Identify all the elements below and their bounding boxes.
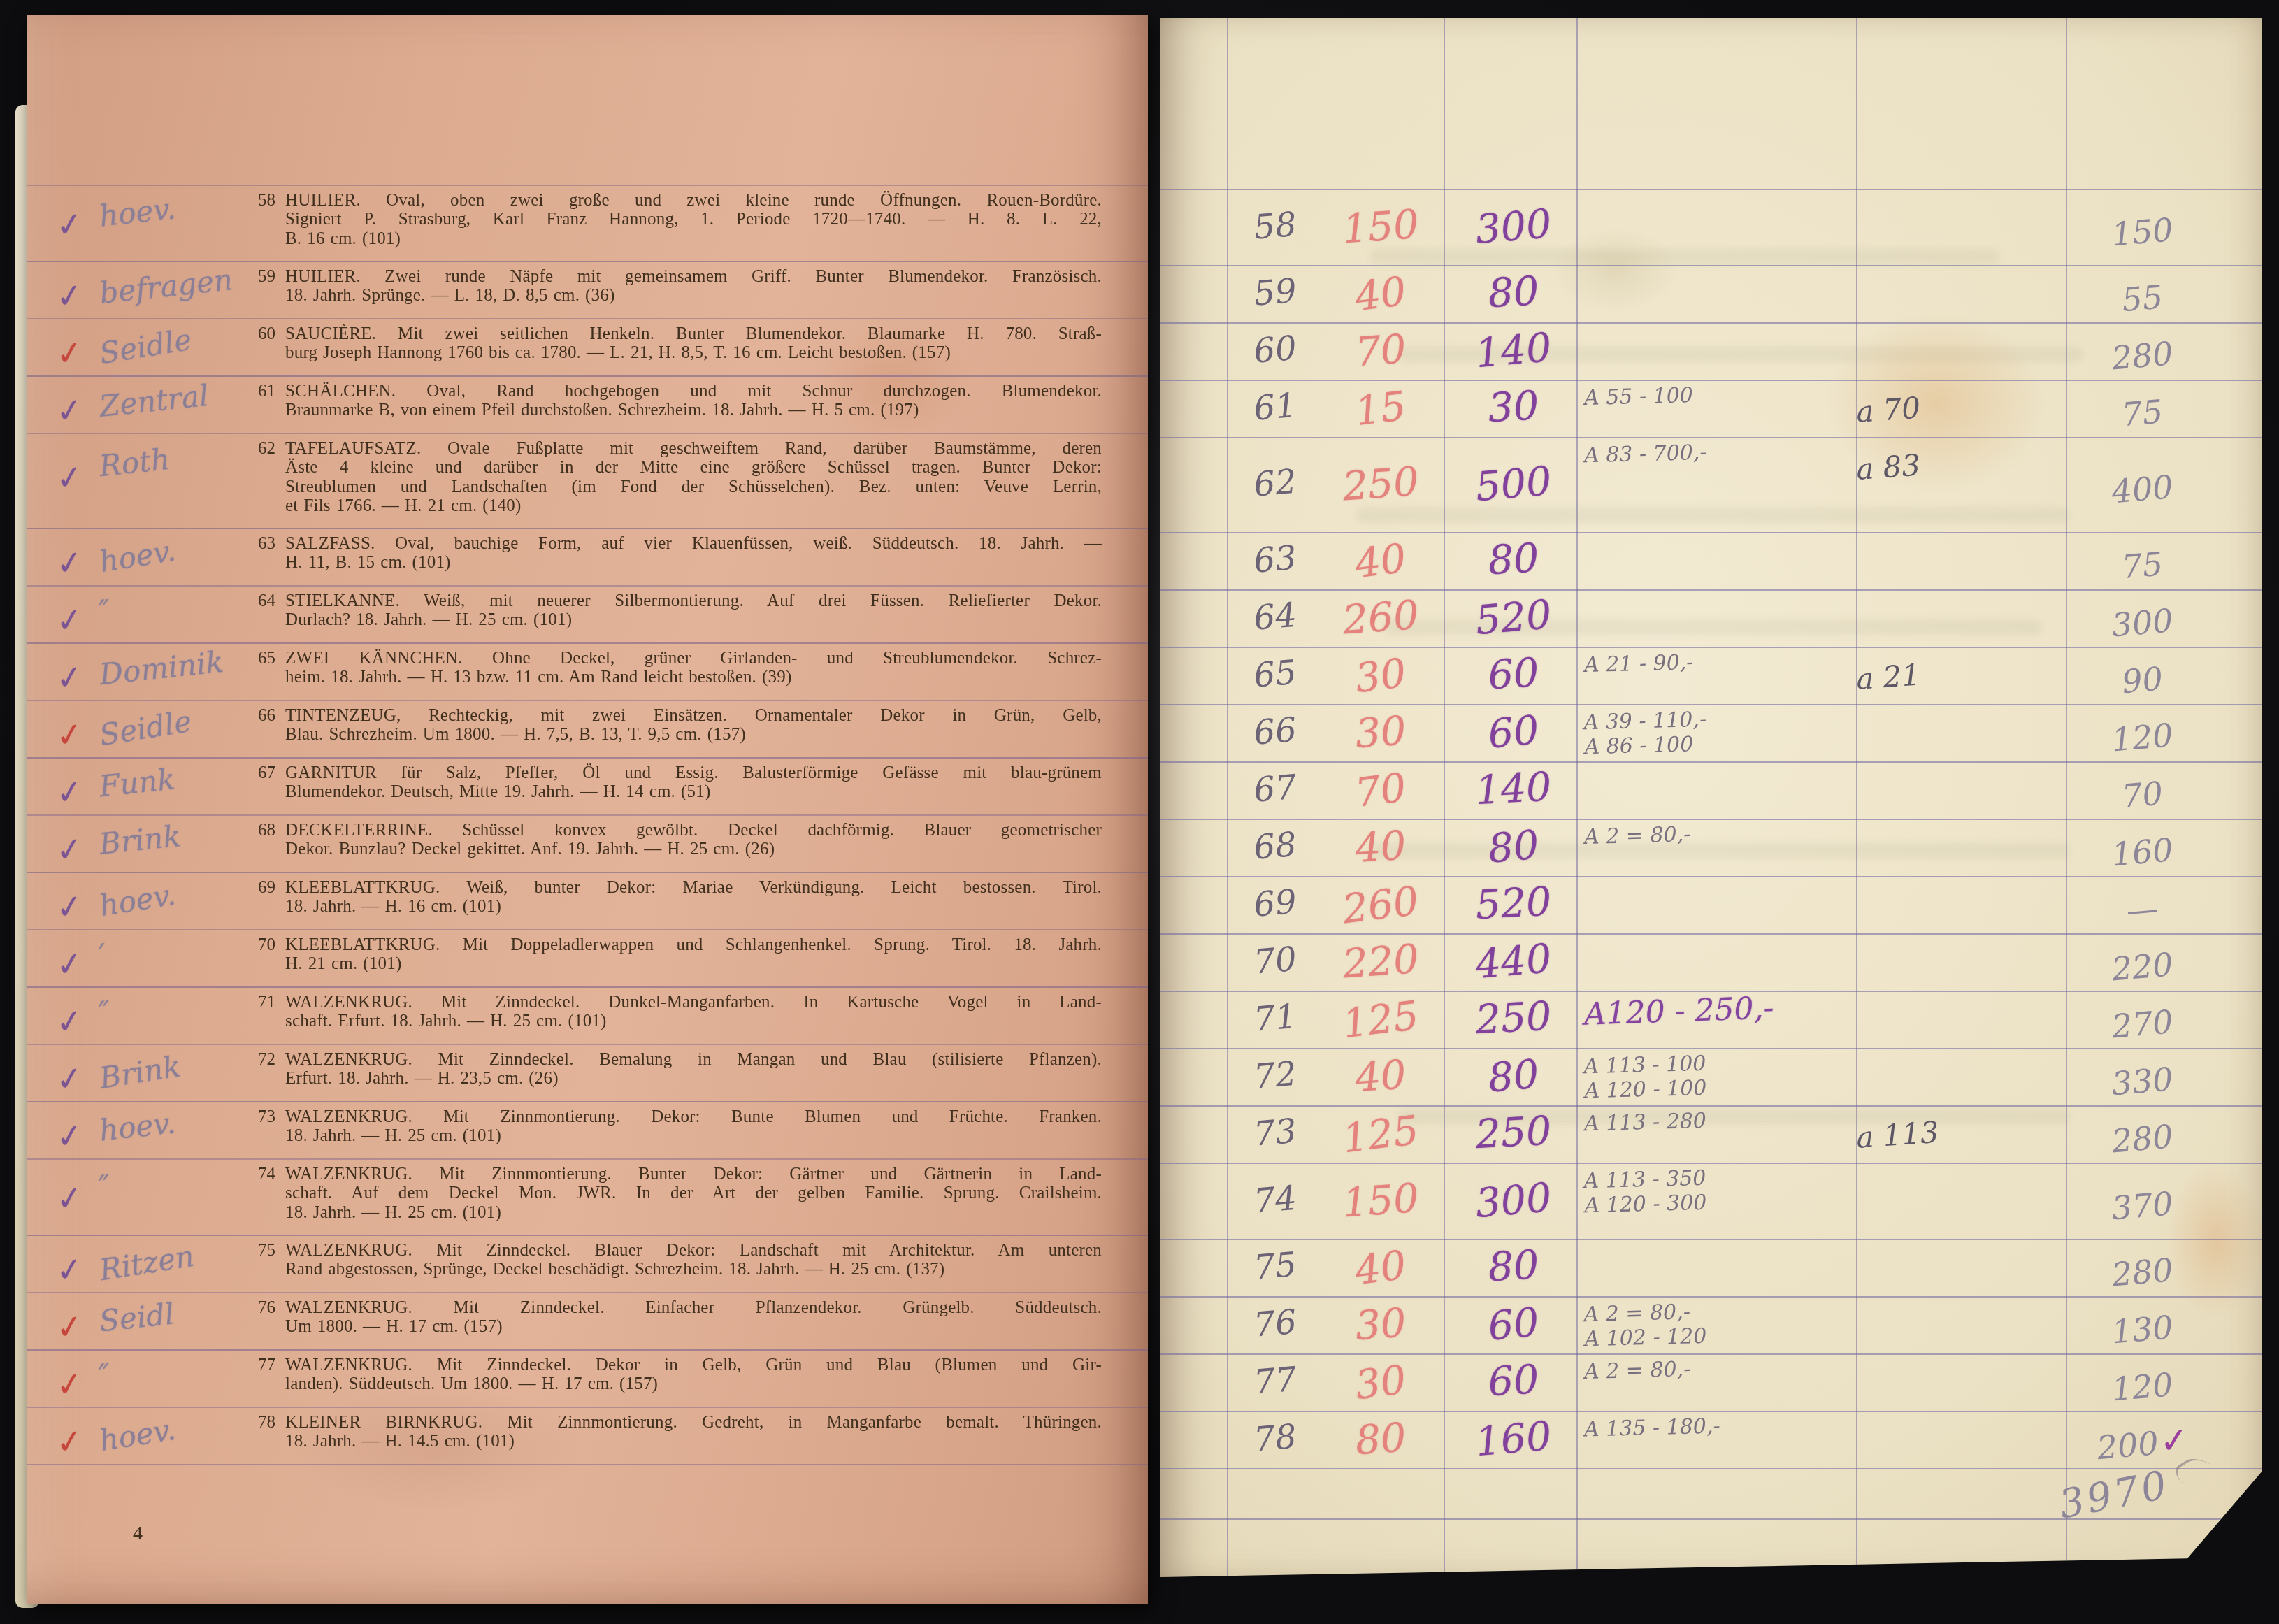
lot-description: TAFELAUFSATZ. Ovale Fußplatte mit geschw… xyxy=(275,434,1148,528)
doubled-price: 60 xyxy=(1447,1296,1579,1353)
lot-number: 76 xyxy=(236,1293,275,1349)
margin-zone: ✓ Dominik xyxy=(27,644,236,700)
ledger-row: 60 70 140 280 xyxy=(1160,322,2262,380)
catalog-entry: ✓ ″ 77 WALZENKRUG. Mit Zinndeckel. Dekor… xyxy=(27,1349,1148,1407)
a-number-note: a 21 xyxy=(1855,654,1976,696)
margin-annotation: hoev. xyxy=(97,533,178,579)
lot-number: 63 xyxy=(236,529,275,585)
hammer-price: 150 xyxy=(1322,200,1439,254)
hammer-price: 220 xyxy=(1322,935,1439,989)
catalog-entry: ✓ hoev. 73 WALZENKRUG. Mit Zinnmontierun… xyxy=(27,1101,1148,1158)
a-number-note: a 70 xyxy=(1855,387,1976,429)
doubled-price: 300 xyxy=(1447,198,1579,255)
margin-zone: ✓ Funk xyxy=(27,759,236,814)
ledger-lot-number: 61 xyxy=(1228,384,1323,431)
lot-description: HUILIER. Oval, oben zwei große und zwei … xyxy=(275,186,1148,261)
lot-description: WALZENKRUG. Mit Zinndeckel. Dunkel-Manga… xyxy=(275,988,1148,1044)
lot-description: DECKELTERRINE. Schüssel konvex gewölbt. … xyxy=(275,816,1148,872)
catalog-entry: ✓ befragen 59 HUILIER. Zwei runde Näpfe … xyxy=(27,261,1148,318)
lot-number: 70 xyxy=(236,930,275,986)
catalog-entry-list: ✓ hoev. 58 HUILIER. Oval, oben zwei groß… xyxy=(27,185,1148,1464)
lot-description: TINTENZEUG, Rechteckig, mit zwei Einsätz… xyxy=(275,701,1148,757)
lot-description: SALZFASS. Oval, bauchige Form, auf vier … xyxy=(275,529,1148,585)
margin-zone: ✓ hoev. xyxy=(27,1408,236,1464)
catalog-entry: ✓ Brink 72 WALZENKRUG. Mit Zinndeckel. B… xyxy=(27,1044,1148,1101)
catalog-entry: ✓ Seidle 66 TINTENZEUG, Rechteckig, mit … xyxy=(27,700,1148,757)
check-icon: ✓ xyxy=(53,1363,85,1404)
estimate-annotation: A 113 - 280 xyxy=(1584,1109,1707,1137)
estimate-annotation: A 135 - 180,- xyxy=(1584,1414,1720,1442)
page-number: 4 xyxy=(133,1523,143,1545)
final-price-cell: 270 xyxy=(2073,997,2213,1049)
final-price: 280 xyxy=(2110,1117,2174,1160)
catalog-entry: ✓ ″ 74 WALZENKRUG. Mit Zinnmontierung. B… xyxy=(27,1158,1148,1235)
ledger-row: 71 125 250 A120 - 250,- 270 xyxy=(1160,991,2262,1048)
catalog-entry: ✓ hoev. 69 KLEEBLATTKRUG. Weiß, bunter D… xyxy=(27,872,1148,929)
margin-annotation: Funk xyxy=(98,761,177,803)
margin-zone: ✓ hoev. xyxy=(27,186,236,261)
margin-annotation: Dominik xyxy=(98,644,225,691)
estimate-annotation: A 39 - 110,-A 86 - 100 xyxy=(1583,707,1707,760)
lot-number: 66 xyxy=(236,701,275,757)
lot-number: 75 xyxy=(236,1236,275,1292)
lot-description: WALZENKRUG. Mit Zinnmontierung. Dekor: B… xyxy=(275,1102,1148,1158)
doubled-price: 80 xyxy=(1448,266,1579,319)
ledger-lot-number: 75 xyxy=(1228,1243,1323,1290)
margin-zone: ✓ ″ xyxy=(27,1160,236,1235)
ledger-empty-row: 3970 xyxy=(1160,1468,2262,1518)
ledger-row: 75 40 80 280 xyxy=(1160,1239,2262,1296)
final-price-cell: 280 xyxy=(2073,1245,2213,1298)
estimate-annotation: A 2 = 80,-A 102 - 120 xyxy=(1583,1300,1707,1352)
lot-description: WALZENKRUG. Mit Zinndeckel. Einfacher Pf… xyxy=(275,1293,1148,1349)
catalog-page: ✓ hoev. 58 HUILIER. Oval, oben zwei groß… xyxy=(27,15,1148,1604)
hammer-price: 40 xyxy=(1321,531,1441,591)
ledger-row: 72 40 80 A 113 - 100A 120 - 100 330 xyxy=(1160,1048,2262,1105)
ledger-lot-number: 63 xyxy=(1228,536,1323,583)
catalog-entries: ✓ hoev. 58 HUILIER. Oval, oben zwei groß… xyxy=(27,185,1148,1465)
catalog-entry: ✓ hoev. 78 KLEINER BIRNKRUG. Mit Zinnmon… xyxy=(27,1407,1148,1464)
a-number-note xyxy=(1856,826,1975,834)
estimate-annotation: A 55 - 100 xyxy=(1584,383,1694,410)
margin-annotation: Zentral xyxy=(98,378,210,424)
a-number-note xyxy=(1856,539,1975,547)
lot-description: SAUCIÈRE. Mit zwei seitlichen Henkeln. B… xyxy=(275,319,1148,375)
hammer-price: 40 xyxy=(1321,264,1441,324)
estimate-annotation: A 113 - 350A 120 - 300 xyxy=(1583,1166,1707,1219)
ledger-lot-number: 66 xyxy=(1228,708,1323,755)
ledger-row: 63 40 80 75 xyxy=(1160,532,2262,589)
doubled-price: 60 xyxy=(1448,1355,1579,1408)
a-number-note xyxy=(1856,596,1975,605)
a-number-note: a 83 xyxy=(1855,444,1976,487)
final-price: 150 xyxy=(2110,210,2174,252)
doubled-price: 60 xyxy=(1447,704,1579,761)
lot-description: KLEINER BIRNKRUG. Mit Zinnmontierung. Ge… xyxy=(275,1408,1148,1464)
catalog-entry: ✓ ″ 64 STIELKANNE. Weiß, mit neuerer Sil… xyxy=(27,585,1148,642)
final-price: 160 xyxy=(2110,831,2174,873)
final-price-cell: 120 xyxy=(2073,1360,2213,1412)
doubled-price: 30 xyxy=(1448,381,1579,434)
estimate-annotation: A120 - 250,- xyxy=(1583,996,1774,1026)
lot-description: WALZENKRUG. Mit Zinndeckel. Dekor in Gel… xyxy=(275,1351,1148,1407)
margin-annotation: hoev. xyxy=(98,191,178,233)
hammer-price: 40 xyxy=(1322,820,1439,874)
catalog-entry: ✓ Seidl 76 WALZENKRUG. Mit Zinndeckel. E… xyxy=(27,1292,1148,1349)
check-icon: ✓ xyxy=(53,828,85,870)
check-icon: ✓ xyxy=(53,886,85,927)
check-icon: ✓ xyxy=(53,275,85,316)
catalog-entry: ✓ Roth 62 TAFELAUFSATZ. Ovale Fußplatte … xyxy=(27,433,1148,528)
ledger-lot-number: 78 xyxy=(1228,1415,1323,1462)
lot-number: 65 xyxy=(236,644,275,700)
ledger-lot-number: 70 xyxy=(1228,937,1323,984)
a-number-note xyxy=(1856,768,1975,777)
ledger-row: 73 125 250 A 113 - 280 a 113 280 xyxy=(1160,1105,2262,1163)
doubled-price: 80 xyxy=(1447,1048,1579,1105)
lot-description: KLEEBLATTKRUG. Mit Doppeladlerwappen und… xyxy=(275,930,1148,986)
check-icon: ✓ xyxy=(53,1249,85,1290)
a-number-note xyxy=(1856,196,1975,204)
doubled-price: 440 xyxy=(1447,933,1579,991)
ledger-row: 68 40 80 A 2 = 80,- 160 xyxy=(1160,819,2262,876)
lot-description: ZWEI KÄNNCHEN. Ohne Deckel, grüner Girla… xyxy=(275,644,1148,700)
final-price: 270 xyxy=(2110,1003,2174,1045)
rule-line xyxy=(27,1464,1148,1465)
estimate-annotation: A 21 - 90,- xyxy=(1584,650,1694,677)
lot-number: 69 xyxy=(236,873,275,929)
a-number-note xyxy=(1856,1055,1975,1063)
lot-number: 74 xyxy=(236,1160,275,1235)
ledger-row: 62 250 500 A 83 - 700,- a 83 400 xyxy=(1160,437,2262,532)
ledger-lot-number: 62 xyxy=(1228,460,1323,507)
margin-annotation: ″ xyxy=(97,1357,112,1392)
final-price-cell: 90 xyxy=(2073,653,2213,705)
ledger-page: 58 150 300 150 59 40 80 55 60 70 140 280… xyxy=(1160,18,2262,1577)
final-price-cell: 55 xyxy=(2073,271,2213,324)
margin-zone: ✓ befragen xyxy=(27,262,236,318)
margin-annotation: hoev. xyxy=(97,877,178,923)
ledger-lot-number: 72 xyxy=(1228,1052,1323,1099)
a-number-note xyxy=(1856,1246,1975,1254)
margin-zone: ✓ ″ xyxy=(27,587,236,642)
final-price: — xyxy=(2125,889,2160,930)
a-number-note xyxy=(1856,1303,1975,1312)
lot-number: 64 xyxy=(236,587,275,642)
a-number-note: a 113 xyxy=(1855,1112,1976,1155)
margin-annotation: befragen xyxy=(98,262,234,310)
catalog-entry: ✓ Ritzen 75 WALZENKRUG. Mit Zinndeckel. … xyxy=(27,1235,1148,1292)
ledger-lot-number: 58 xyxy=(1228,202,1323,249)
ledger-lot-number: 68 xyxy=(1228,823,1323,870)
check-icon: ✓ xyxy=(53,457,85,498)
catalog-entry: ✓ ′ 70 KLEEBLATTKRUG. Mit Doppeladlerwap… xyxy=(27,929,1148,986)
a-number-note xyxy=(1856,1418,1975,1426)
lot-description: STIELKANNE. Weiß, mit neuerer Silbermont… xyxy=(275,587,1148,642)
ledger-lot-number: 64 xyxy=(1228,594,1323,640)
estimate-annotation: A 2 = 80,- xyxy=(1584,1357,1691,1384)
margin-zone: ✓ Brink xyxy=(27,1045,236,1101)
hammer-price: 15 xyxy=(1321,379,1441,438)
final-price: 120 xyxy=(2110,1365,2174,1408)
margin-zone: ✓ ′ xyxy=(27,930,236,986)
ledger-row: 70 220 440 220 xyxy=(1160,933,2262,991)
check-icon: ✓ xyxy=(53,1306,85,1347)
final-price: 200 xyxy=(2096,1424,2160,1467)
margin-zone: ✓ Zentral xyxy=(27,377,236,433)
ledger-row: 67 70 140 70 xyxy=(1160,761,2262,819)
hammer-price: 125 xyxy=(1321,1105,1441,1164)
lot-description: SCHÄLCHEN. Oval, Rand hochgebogen und mi… xyxy=(275,377,1148,433)
ledger-empty-row xyxy=(1160,1518,2262,1623)
lot-number: 60 xyxy=(236,319,275,375)
margin-annotation: Ritzen xyxy=(97,1239,196,1288)
a-number-note xyxy=(1856,272,1975,280)
check-icon: ✓ xyxy=(53,1000,85,1042)
a-number-note xyxy=(1856,1170,1975,1178)
doubled-price: 300 xyxy=(1447,1172,1579,1229)
check-icon: ✓ xyxy=(53,1058,85,1099)
ledger-row-list: 58 150 300 150 59 40 80 55 60 70 140 280… xyxy=(1160,189,2262,1468)
margin-annotation: Seidle xyxy=(97,704,194,752)
final-price-cell: 280 xyxy=(2073,329,2213,381)
final-price: 220 xyxy=(2110,945,2174,988)
final-price-cell: 120 xyxy=(2073,710,2213,763)
ledger-row: 64 260 520 300 xyxy=(1160,589,2262,647)
doubled-price: 60 xyxy=(1448,648,1579,701)
hammer-price: 30 xyxy=(1321,646,1441,705)
margin-zone: ✓ ″ xyxy=(27,988,236,1044)
lot-number: 67 xyxy=(236,759,275,814)
hammer-price: 30 xyxy=(1321,1353,1441,1412)
hammer-price: 40 xyxy=(1321,1238,1441,1298)
catalog-entry: ✓ hoev. 63 SALZFASS. Oval, bauchige Form… xyxy=(27,528,1148,585)
ledger-lot-number: 73 xyxy=(1228,1109,1323,1156)
lot-number: 71 xyxy=(236,988,275,1044)
ledger-row: 78 80 160 A 135 - 180,- 200✓ xyxy=(1160,1411,2262,1468)
ledger-row: 58 150 300 150 xyxy=(1160,189,2262,265)
final-price: 280 xyxy=(2110,334,2174,377)
a-number-note xyxy=(1856,940,1975,949)
margin-annotation: Seidle xyxy=(97,322,194,371)
final-price-cell: 70 xyxy=(2073,768,2213,820)
check-icon: ✓ xyxy=(53,203,85,245)
margin-annotation: Roth xyxy=(98,442,171,483)
final-price-cell: 330 xyxy=(2073,1054,2213,1107)
ledger-row: 77 30 60 A 2 = 80,- 120 xyxy=(1160,1353,2262,1411)
doubled-price: 520 xyxy=(1447,589,1579,647)
catalog-entry: ✓ Funk 67 GARNITUR für Salz, Pfeffer, Öl… xyxy=(27,757,1148,814)
ledger-row: 76 30 60 A 2 = 80,-A 102 - 120 130 xyxy=(1160,1296,2262,1353)
check-icon: ✓ xyxy=(53,389,85,431)
final-price-cell: 400 xyxy=(2073,462,2213,515)
final-price-cell: 220 xyxy=(2073,940,2213,992)
final-price-cell: 160 xyxy=(2073,825,2213,877)
final-price: 70 xyxy=(2120,774,2164,815)
lot-number: 77 xyxy=(236,1351,275,1407)
check-icon: ✓ xyxy=(53,332,85,373)
margin-zone: ✓ Seidl xyxy=(27,1293,236,1349)
lot-number: 61 xyxy=(236,377,275,433)
lot-description: WALZENKRUG. Mit Zinndeckel. Bemalung in … xyxy=(275,1045,1148,1101)
lot-number: 62 xyxy=(236,434,275,528)
hammer-price: 125 xyxy=(1321,990,1441,1049)
margin-zone: ✓ Roth xyxy=(27,434,236,528)
margin-zone: ✓ Seidle xyxy=(27,701,236,757)
a-number-note xyxy=(1856,998,1975,1006)
estimate-annotation: A 113 - 100A 120 - 100 xyxy=(1583,1051,1707,1104)
ledger-lot-number: 67 xyxy=(1228,766,1323,812)
hammer-price: 40 xyxy=(1322,1049,1439,1103)
hammer-price: 30 xyxy=(1322,705,1439,759)
final-price-cell: 300 xyxy=(2073,596,2213,648)
final-price: 120 xyxy=(2110,716,2174,759)
lot-number: 78 xyxy=(236,1408,275,1464)
doubled-price: 80 xyxy=(1448,1240,1579,1293)
margin-zone: ✓ ″ xyxy=(27,1351,236,1407)
final-price: 370 xyxy=(2110,1184,2174,1226)
hammer-price: 260 xyxy=(1321,875,1441,935)
scanned-book-spread: ✓ hoev. 58 HUILIER. Oval, oben zwei groß… xyxy=(0,0,2279,1624)
ledger-row: 69 260 520 — xyxy=(1160,876,2262,933)
margin-annotation: ″ xyxy=(97,1168,112,1203)
ledger-lot-number: 69 xyxy=(1228,880,1323,927)
check-icon: ✓ xyxy=(53,656,85,698)
ledger-lot-number: 71 xyxy=(1228,995,1323,1042)
lot-description: KLEEBLATTKRUG. Weiß, bunter Dekor: Maria… xyxy=(275,873,1148,929)
a-number-note xyxy=(1856,1360,1975,1369)
lot-number: 58 xyxy=(236,186,275,261)
ledger-lot-number: 60 xyxy=(1228,326,1323,373)
doubled-price: 500 xyxy=(1447,456,1579,513)
a-number-note xyxy=(1856,711,1975,719)
ledger-row: 61 15 30 A 55 - 100 a 70 75 xyxy=(1160,380,2262,437)
ledger-row: 74 150 300 A 113 - 350A 120 - 300 370 xyxy=(1160,1163,2262,1239)
check-icon: ✓ xyxy=(53,771,85,812)
margin-annotation: Seidl xyxy=(98,1296,176,1338)
margin-zone: ✓ hoev. xyxy=(27,1102,236,1158)
final-price-cell: — xyxy=(2073,882,2213,935)
margin-zone: ✓ Seidle xyxy=(27,319,236,375)
hammer-price: 80 xyxy=(1322,1412,1439,1466)
final-price: 90 xyxy=(2120,659,2164,700)
final-price-cell: 75 xyxy=(2073,538,2213,591)
lot-description: WALZENKRUG. Mit Zinndeckel. Blauer Dekor… xyxy=(275,1236,1148,1292)
ledger-row: 65 30 60 A 21 - 90,- a 21 90 xyxy=(1160,647,2262,704)
estimate-annotation: A 83 - 700,- xyxy=(1584,440,1707,468)
catalog-entry: ✓ Seidle 60 SAUCIÈRE. Mit zwei seitliche… xyxy=(27,318,1148,375)
final-price: 55 xyxy=(2120,278,2164,319)
doubled-price: 250 xyxy=(1448,1107,1579,1160)
doubled-price: 80 xyxy=(1448,533,1579,587)
final-price-cell: 130 xyxy=(2073,1302,2213,1355)
margin-annotation: Brink xyxy=(98,819,182,861)
doubled-price: 140 xyxy=(1447,322,1579,380)
final-price-cell: 150 xyxy=(2073,205,2213,257)
ledger-lot-number: 59 xyxy=(1228,269,1323,316)
check-icon: ✓ xyxy=(53,1115,85,1156)
ledger-lot-number: 65 xyxy=(1228,651,1323,698)
a-number-note xyxy=(1856,329,1975,338)
a-number-note xyxy=(1856,883,1975,891)
check-icon: ✓ xyxy=(53,1177,85,1219)
hammer-price: 70 xyxy=(1322,324,1439,378)
lot-description: GARNITUR für Salz, Pfeffer, Öl und Essig… xyxy=(275,759,1148,814)
margin-zone: ✓ Ritzen xyxy=(27,1236,236,1292)
final-price: 75 xyxy=(2120,392,2164,433)
lot-number: 72 xyxy=(236,1045,275,1101)
hammer-price: 250 xyxy=(1322,457,1439,511)
final-price: 330 xyxy=(2110,1060,2174,1102)
estimate-annotation: A 2 = 80,- xyxy=(1584,822,1691,849)
margin-annotation: hoev. xyxy=(97,1412,178,1458)
doubled-price: 250 xyxy=(1448,992,1579,1045)
margin-annotation: ′ xyxy=(97,937,108,972)
check-icon: ✓ xyxy=(53,1421,85,1462)
final-price-cell: 280 xyxy=(2073,1112,2213,1164)
final-price: 75 xyxy=(2120,545,2164,586)
lot-description: WALZENKRUG. Mit Zinnmontierung. Bunter D… xyxy=(275,1160,1148,1235)
margin-zone: ✓ hoev. xyxy=(27,529,236,585)
doubled-price: 80 xyxy=(1447,819,1579,876)
lot-number: 68 xyxy=(236,816,275,872)
margin-annotation: Brink xyxy=(97,1049,183,1096)
ledger-lot-number: 77 xyxy=(1228,1358,1323,1404)
hammer-price: 260 xyxy=(1322,591,1439,645)
margin-annotation: ″ xyxy=(97,593,112,628)
check-icon: ✓ xyxy=(53,943,85,984)
lot-number: 59 xyxy=(236,262,275,318)
doubled-price: 520 xyxy=(1448,877,1579,930)
hammer-price: 30 xyxy=(1322,1298,1439,1351)
margin-annotation: ″ xyxy=(97,994,112,1029)
final-price-cell: 75 xyxy=(2073,386,2213,438)
doubled-price: 140 xyxy=(1448,763,1579,816)
final-price: 130 xyxy=(2110,1308,2174,1351)
catalog-entry: ✓ ″ 71 WALZENKRUG. Mit Zinndeckel. Dunke… xyxy=(27,986,1148,1044)
lot-description: HUILIER. Zwei runde Näpfe mit gemeinsame… xyxy=(275,262,1148,318)
catalog-entry: ✓ Zentral 61 SCHÄLCHEN. Oval, Rand hochg… xyxy=(27,375,1148,433)
check-icon: ✓ xyxy=(53,599,85,640)
catalog-entry: ✓ Brink 68 DECKELTERRINE. Schüssel konve… xyxy=(27,814,1148,872)
catalog-entry: ✓ Dominik 65 ZWEI KÄNNCHEN. Ohne Deckel,… xyxy=(27,642,1148,700)
catalog-entry: ✓ hoev. 58 HUILIER. Oval, oben zwei groß… xyxy=(27,185,1148,261)
ledger-row: 66 30 60 A 39 - 110,-A 86 - 100 120 xyxy=(1160,704,2262,761)
final-price: 400 xyxy=(2110,468,2174,510)
ledger-lot-number: 76 xyxy=(1228,1300,1323,1347)
lot-number: 73 xyxy=(236,1102,275,1158)
check-icon: ✓ xyxy=(53,714,85,755)
final-price-cell: 370 xyxy=(2073,1179,2213,1231)
ledger-row: 59 40 80 55 xyxy=(1160,265,2262,322)
margin-annotation: hoev. xyxy=(98,1105,178,1147)
hammer-price: 70 xyxy=(1321,761,1441,820)
hammer-price: 150 xyxy=(1322,1174,1439,1228)
ledger-lot-number: 74 xyxy=(1228,1176,1323,1223)
final-price: 300 xyxy=(2110,601,2174,644)
check-icon: ✓ xyxy=(53,542,85,583)
margin-zone: ✓ hoev. xyxy=(27,873,236,929)
check-icon: ✓ xyxy=(2158,1419,2191,1462)
ledger-rows: 58 150 300 150 59 40 80 55 60 70 140 280… xyxy=(1160,189,2262,1623)
final-price: 280 xyxy=(2110,1251,2174,1293)
margin-zone: ✓ Brink xyxy=(27,816,236,872)
doubled-price: 160 xyxy=(1447,1411,1579,1468)
